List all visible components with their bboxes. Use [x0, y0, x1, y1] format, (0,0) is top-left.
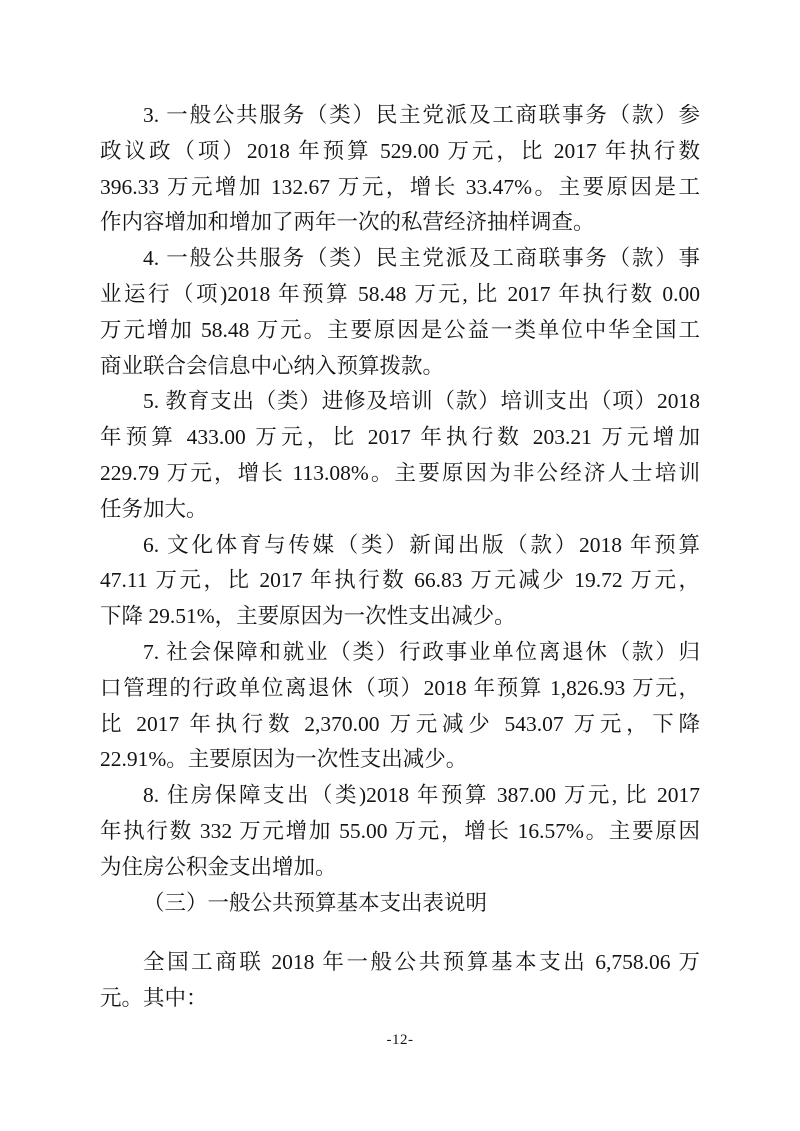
paragraph-line: 万元增加 58.48 万元。主要原因是公益一类单位中华全国工 [100, 313, 700, 349]
paragraph-line: 口管理的行政单位离退休（项）2018 年预算 1,826.93 万元， [100, 671, 700, 707]
paragraph-line: 元。其中： [100, 981, 700, 1017]
paragraph-line: 商业联合会信息中心纳入预算拨款。 [100, 349, 700, 385]
paragraph-line: 6. 文化体育与传媒（类）新闻出版（款）2018 年预算 [100, 528, 700, 564]
paragraph-line: 政议政（项）2018 年预算 529.00 万元，比 2017 年执行数 [100, 134, 700, 170]
paragraph-line: 年预算 433.00 万元，比 2017 年执行数 203.21 万元增加 [100, 420, 700, 456]
paragraph-line: 为住房公积金支出增加。 [100, 850, 700, 886]
paragraph-line: 4. 一般公共服务（类）民主党派及工商联事务（款）事 [100, 241, 700, 277]
item-7-social-security-employment: 7. 社会保障和就业（类）行政事业单位离退休（款）归口管理的行政单位离退休（项）… [100, 635, 700, 778]
section-heading-text: （三）一般公共预算基本支出表说明 [100, 886, 700, 922]
paragraph-line: 3. 一般公共服务（类）民主党派及工商联事务（款）参 [100, 98, 700, 134]
paragraph-line: 业运行（项)2018 年预算 58.48 万元, 比 2017 年执行数 0.0… [100, 277, 700, 313]
paragraph-line: 比 2017 年执行数 2,370.00 万元减少 543.07 万元，下降 [100, 707, 700, 743]
section-heading-basic-expenditure: （三）一般公共预算基本支出表说明 [100, 886, 700, 922]
basic-expenditure-intro: 全国工商联 2018 年一般公共预算基本支出 6,758.06 万元。其中： [100, 945, 700, 1017]
paragraph-line: 396.33 万元增加 132.67 万元，增长 33.47%。主要原因是工 [100, 170, 700, 206]
paragraph-line: 全国工商联 2018 年一般公共预算基本支出 6,758.06 万 [100, 945, 700, 981]
document-body: 3. 一般公共服务（类）民主党派及工商联事务（款）参政议政（项）2018 年预算… [100, 98, 700, 1017]
item-5-education-expenditure: 5. 教育支出（类）进修及培训（款）培训支出（项）2018年预算 433.00 … [100, 384, 700, 527]
paragraph-line: 229.79 万元，增长 113.08%。主要原因为非公经济人士培训 [100, 456, 700, 492]
paragraph-line: 作内容增加和增加了两年一次的私营经济抽样调查。 [100, 205, 700, 241]
paragraph-line: 5. 教育支出（类）进修及培训（款）培训支出（项）2018 [100, 384, 700, 420]
item-3-general-public-services-canzheng-yizheng: 3. 一般公共服务（类）民主党派及工商联事务（款）参政议政（项）2018 年预算… [100, 98, 700, 241]
paragraph-line: 7. 社会保障和就业（类）行政事业单位离退休（款）归 [100, 635, 700, 671]
paragraph-line: 下降 29.51%，主要原因为一次性支出减少。 [100, 599, 700, 635]
paragraph-line: 8. 住房保障支出（类)2018 年预算 387.00 万元, 比 2017 [100, 778, 700, 814]
paragraph-line: 47.11 万元，比 2017 年执行数 66.83 万元减少 19.72 万元… [100, 563, 700, 599]
paragraph-line: 任务加大。 [100, 492, 700, 528]
paragraph-line: 年执行数 332 万元增加 55.00 万元，增长 16.57%。主要原因 [100, 814, 700, 850]
item-4-general-public-services-shiye-yunxing: 4. 一般公共服务（类）民主党派及工商联事务（款）事业运行（项)2018 年预算… [100, 241, 700, 384]
paragraph-line: 22.91%。主要原因为一次性支出减少。 [100, 742, 700, 778]
item-6-culture-sports-media: 6. 文化体育与传媒（类）新闻出版（款）2018 年预算47.11 万元，比 2… [100, 528, 700, 635]
page-number: -12- [0, 1032, 800, 1049]
item-8-housing-security-expenditure: 8. 住房保障支出（类)2018 年预算 387.00 万元, 比 2017年执… [100, 778, 700, 885]
document-page: 3. 一般公共服务（类）民主党派及工商联事务（款）参政议政（项）2018 年预算… [0, 0, 800, 1131]
